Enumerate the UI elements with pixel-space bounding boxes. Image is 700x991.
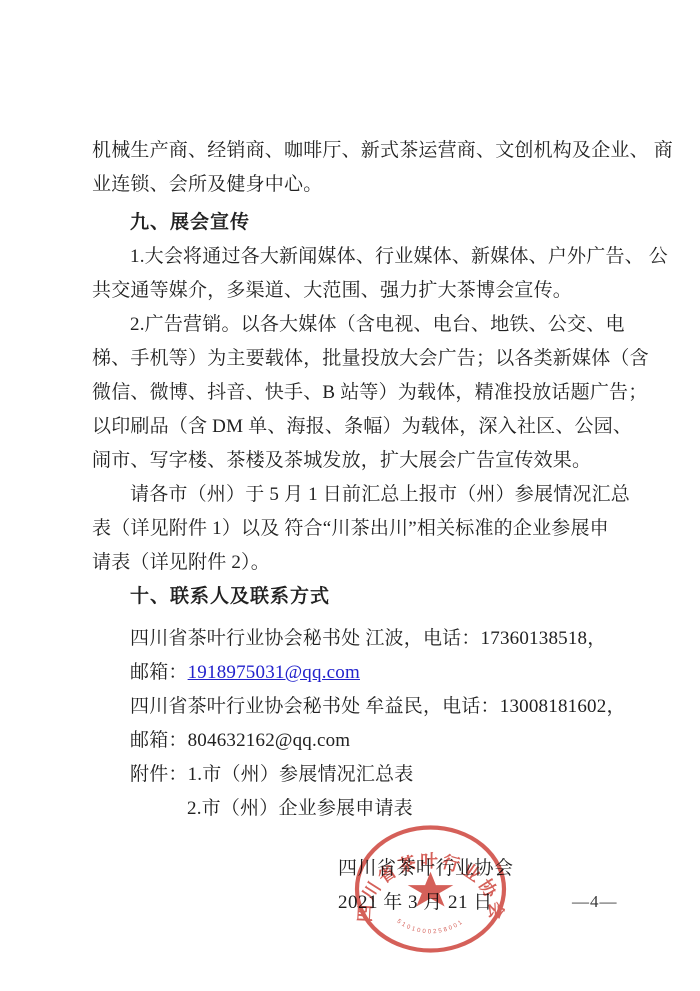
section9-p3-line1: 请各市（州）于 5 月 1 日前汇总上报市（州）参展情况汇总 xyxy=(92,478,648,512)
signature-date: 2021 年 3 月 21 日 xyxy=(338,886,514,920)
section9-p3-line3: 请表（详见附件 2）。 xyxy=(92,546,648,580)
section9-heading: 九、展会宣传 xyxy=(92,206,648,240)
section9-p2-line4: 以印刷品（含 DM 单、海报、条幅）为载体，深入社区、公园、 xyxy=(92,410,648,444)
email-link-1[interactable]: 1918975031@qq.com xyxy=(188,662,360,683)
section9-p2-line2: 梯、手机等）为主要载体，批量投放大会广告；以各类新媒体（含 xyxy=(92,342,648,376)
document-page: 机械生产商、经销商、咖啡厅、新式茶运营商、文创机构及企业、 商 业连锁、会所及健… xyxy=(0,0,700,991)
section10-heading: 十、联系人及联系方式 xyxy=(92,580,648,614)
section9-p2-line3: 微信、微博、抖音、快手、B 站等）为载体，精准投放话题广告； xyxy=(92,376,648,410)
attachments-label: 附件： xyxy=(130,764,188,785)
page-number: —4— xyxy=(572,892,618,912)
contact-line-1: 四川省茶叶行业协会秘书处 江波，电话：17360138518， xyxy=(92,622,648,656)
email-line-2: 邮箱：804632162@qq.com xyxy=(92,724,648,758)
attachment-1: 1.市（州）参展情况汇总表 xyxy=(188,764,414,785)
contact-line-2: 四川省茶叶行业协会秘书处 牟益民，电话：13008181602， xyxy=(92,690,648,724)
section9-p2-line5: 闹市、写字楼、茶楼及茶城发放，扩大展会广告宣传效果。 xyxy=(92,444,648,478)
email2-label: 邮箱： xyxy=(130,730,188,751)
section9-p1-line2: 共交通等媒介，多渠道、大范围、强力扩大茶博会宣传。 xyxy=(92,274,648,308)
signature-org: 四川省茶叶行业协会 xyxy=(338,852,514,886)
section9-p3-line2: 表（详见附件 1）以及 符合“川茶出川”相关标准的企业参展申 xyxy=(92,512,648,546)
email-text-2: 804632162@qq.com xyxy=(188,730,351,751)
email-line-1: 邮箱：1918975031@qq.com xyxy=(92,656,648,690)
attachments-line-1: 附件：1.市（州）参展情况汇总表 xyxy=(92,758,648,792)
section9-p1-line1: 1.大会将通过各大新闻媒体、行业媒体、新媒体、户外广告、 公 xyxy=(92,240,648,274)
seal-serial: 5101000258001 xyxy=(396,919,466,936)
para-exhibitors-line2: 业连锁、会所及健身中心。 xyxy=(92,168,648,202)
attachments-line-2: 2.市（州）企业参展申请表 xyxy=(92,792,648,826)
signature-block: 四川省茶叶行业协会 2021 年 3 月 21 日 xyxy=(338,852,514,920)
para-exhibitors-line1: 机械生产商、经销商、咖啡厅、新式茶运营商、文创机构及企业、 商 xyxy=(92,134,648,168)
document-body: 机械生产商、经销商、咖啡厅、新式茶运营商、文创机构及企业、 商 业连锁、会所及健… xyxy=(92,134,648,826)
section9-p2-line1: 2.广告营销。以各大媒体（含电视、电台、地铁、公交、电 xyxy=(92,308,648,342)
email1-label: 邮箱： xyxy=(130,662,188,683)
